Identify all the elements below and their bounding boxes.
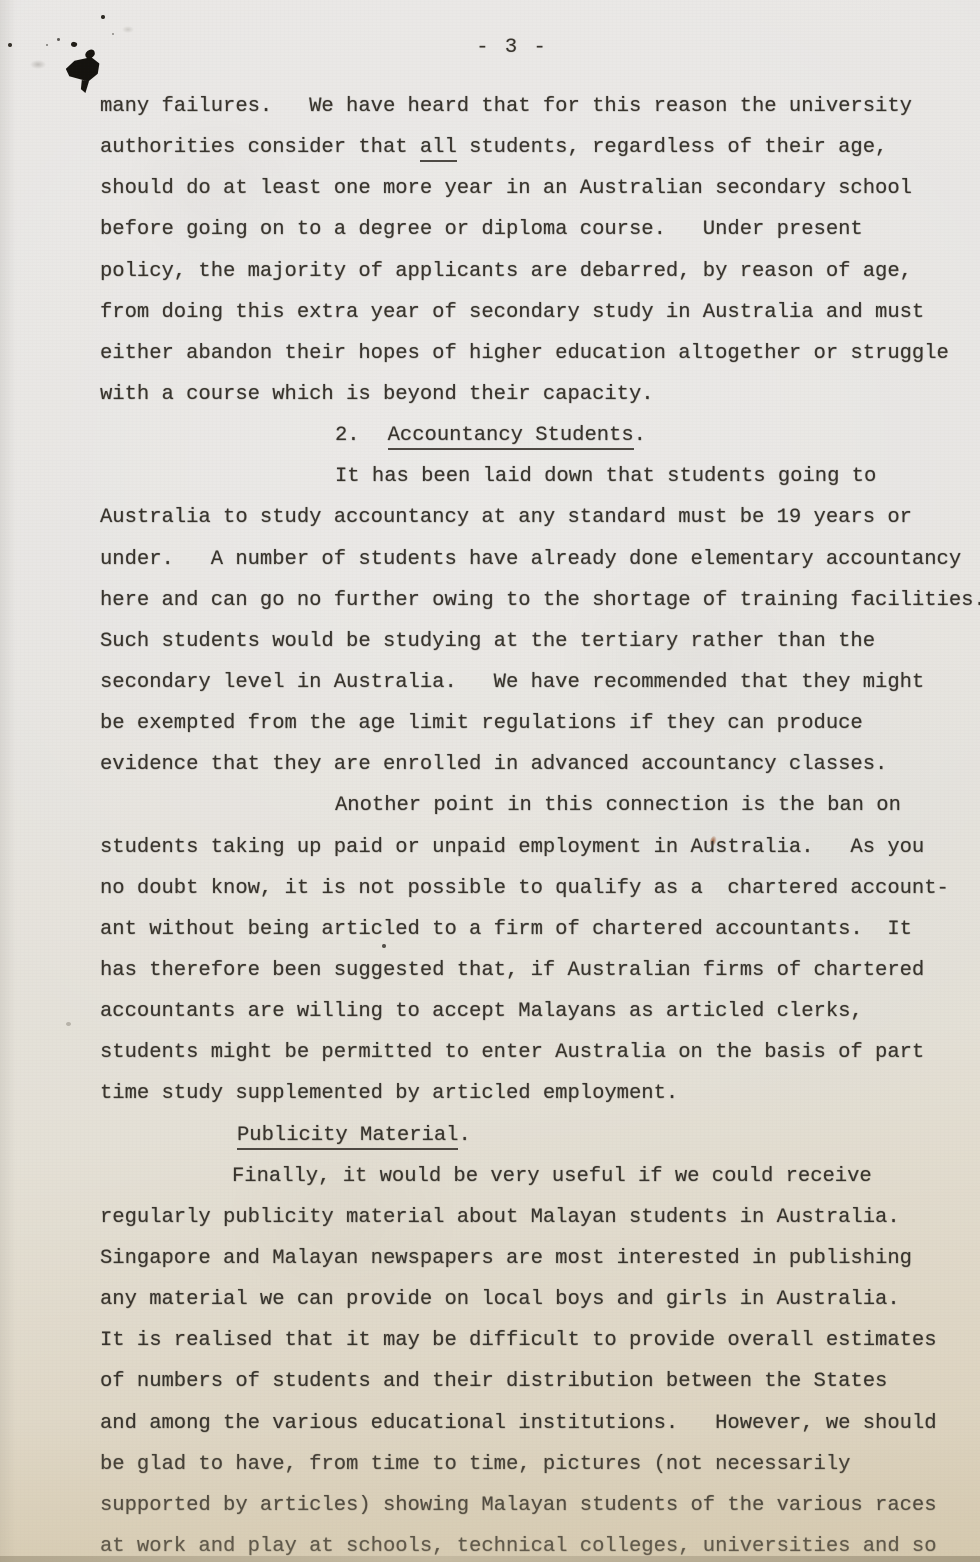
text-line: and among the various educational instit… [100, 1403, 980, 1444]
document-page: - 3 - many failures. We have heard that … [0, 0, 980, 1562]
text: time study supplemented by articled empl… [100, 1082, 678, 1105]
text: of numbers of students and their distrib… [100, 1370, 887, 1393]
text: policy, the majority of applicants are d… [100, 260, 912, 283]
text-line: Another point in this connection is the … [100, 785, 980, 826]
text-line: Singapore and Malayan newspapers are mos… [100, 1238, 980, 1279]
text: and among the various educational instit… [100, 1412, 937, 1435]
section-heading-accountancy: 2.Accountancy Students. [100, 415, 980, 456]
text: Another point in this connection is the … [335, 794, 901, 817]
text-line: evidence that they are enrolled in advan… [100, 744, 980, 785]
text: Finally, it would be very useful if we c… [232, 1165, 872, 1188]
text-line: has therefore been suggested that, if Au… [100, 950, 980, 991]
text: supported by articles) showing Malayan s… [100, 1494, 937, 1517]
section-heading-publicity: Publicity Material. [100, 1115, 980, 1156]
text-line: many failures. We have heard that for th… [100, 86, 980, 127]
text: It has been laid down that students goin… [335, 465, 876, 488]
heading-number: 2. [335, 424, 360, 447]
text: any material we can provide on local boy… [100, 1288, 900, 1311]
text: secondary level in Australia. We have re… [100, 671, 924, 694]
text: with a course which is beyond their capa… [100, 383, 654, 406]
text: Australia to study accountancy at any st… [100, 506, 912, 529]
text-line: of numbers of students and their distrib… [100, 1361, 980, 1402]
text: It is realised that it may be difficult … [100, 1329, 937, 1352]
text: under. A number of students have already… [100, 548, 961, 571]
text: be exempted from the age limit regulatio… [100, 712, 863, 735]
text: be glad to have, from time to time, pict… [100, 1453, 850, 1476]
heading-title: Publicity Material [237, 1124, 458, 1150]
text-line: Finally, it would be very useful if we c… [100, 1156, 980, 1197]
text-line: should do at least one more year in an A… [100, 168, 980, 209]
heading-title: Accountancy Students [388, 424, 634, 450]
text: Singapore and Malayan newspapers are mos… [100, 1247, 912, 1270]
text: at work and play at schools, technical c… [100, 1535, 937, 1558]
text-line: It has been laid down that students goin… [100, 456, 980, 497]
text: no doubt know, it is not possible to qua… [100, 877, 949, 900]
text-line: authorities consider that all students, … [100, 127, 980, 168]
text-line: Such students would be studying at the t… [100, 621, 980, 662]
text-line: students might be permitted to enter Aus… [100, 1032, 980, 1073]
text: has therefore been suggested that, if Au… [100, 959, 924, 982]
text-line: time study supplemented by articled empl… [100, 1073, 980, 1114]
text-line: with a course which is beyond their capa… [100, 374, 980, 415]
text: authorities consider that [100, 136, 420, 159]
text: should do at least one more year in an A… [100, 177, 912, 200]
text-line: before going on to a degree or diploma c… [100, 209, 980, 250]
text: before going on to a degree or diploma c… [100, 218, 863, 241]
text-line: supported by articles) showing Malayan s… [100, 1485, 980, 1526]
document-body: many failures. We have heard that for th… [0, 0, 980, 1562]
text-line: here and can go no further owing to the … [100, 580, 980, 621]
text: evidence that they are enrolled in advan… [100, 753, 887, 776]
text: students might be permitted to enter Aus… [100, 1041, 924, 1064]
text: ant without being articled to a firm of … [100, 918, 912, 941]
text-line: secondary level in Australia. We have re… [100, 662, 980, 703]
text-line: students taking up paid or unpaid employ… [100, 827, 980, 868]
text-line: from doing this extra year of secondary … [100, 292, 980, 333]
text: students, regardless of their age, [457, 136, 888, 159]
text-line: regularly publicity material about Malay… [100, 1197, 980, 1238]
text-line: no doubt know, it is not possible to qua… [100, 868, 980, 909]
text-line: either abandon their hopes of higher edu… [100, 333, 980, 374]
text-line: be glad to have, from time to time, pict… [100, 1444, 980, 1485]
text-line: policy, the majority of applicants are d… [100, 251, 980, 292]
heading-period: . [458, 1124, 470, 1147]
text-line: Australia to study accountancy at any st… [100, 497, 980, 538]
text: students taking up paid or unpaid employ… [100, 836, 924, 859]
heading-period: . [634, 424, 646, 447]
text-line: be exempted from the age limit regulatio… [100, 703, 980, 744]
text-line: under. A number of students have already… [100, 539, 980, 580]
scan-edge [0, 1556, 980, 1562]
text: many failures. We have heard that for th… [100, 95, 912, 118]
text-line: ant without being articled to a firm of … [100, 909, 980, 950]
text-line: It is realised that it may be difficult … [100, 1320, 980, 1361]
text: Such students would be studying at the t… [100, 630, 875, 653]
text: accountants are willing to accept Malaya… [100, 1000, 863, 1023]
text: from doing this extra year of secondary … [100, 301, 924, 324]
underlined-text: all [420, 136, 457, 162]
text: regularly publicity material about Malay… [100, 1206, 900, 1229]
text-line: any material we can provide on local boy… [100, 1279, 980, 1320]
text: either abandon their hopes of higher edu… [100, 342, 949, 365]
text: here and can go no further owing to the … [100, 589, 980, 612]
text-line: accountants are willing to accept Malaya… [100, 991, 980, 1032]
